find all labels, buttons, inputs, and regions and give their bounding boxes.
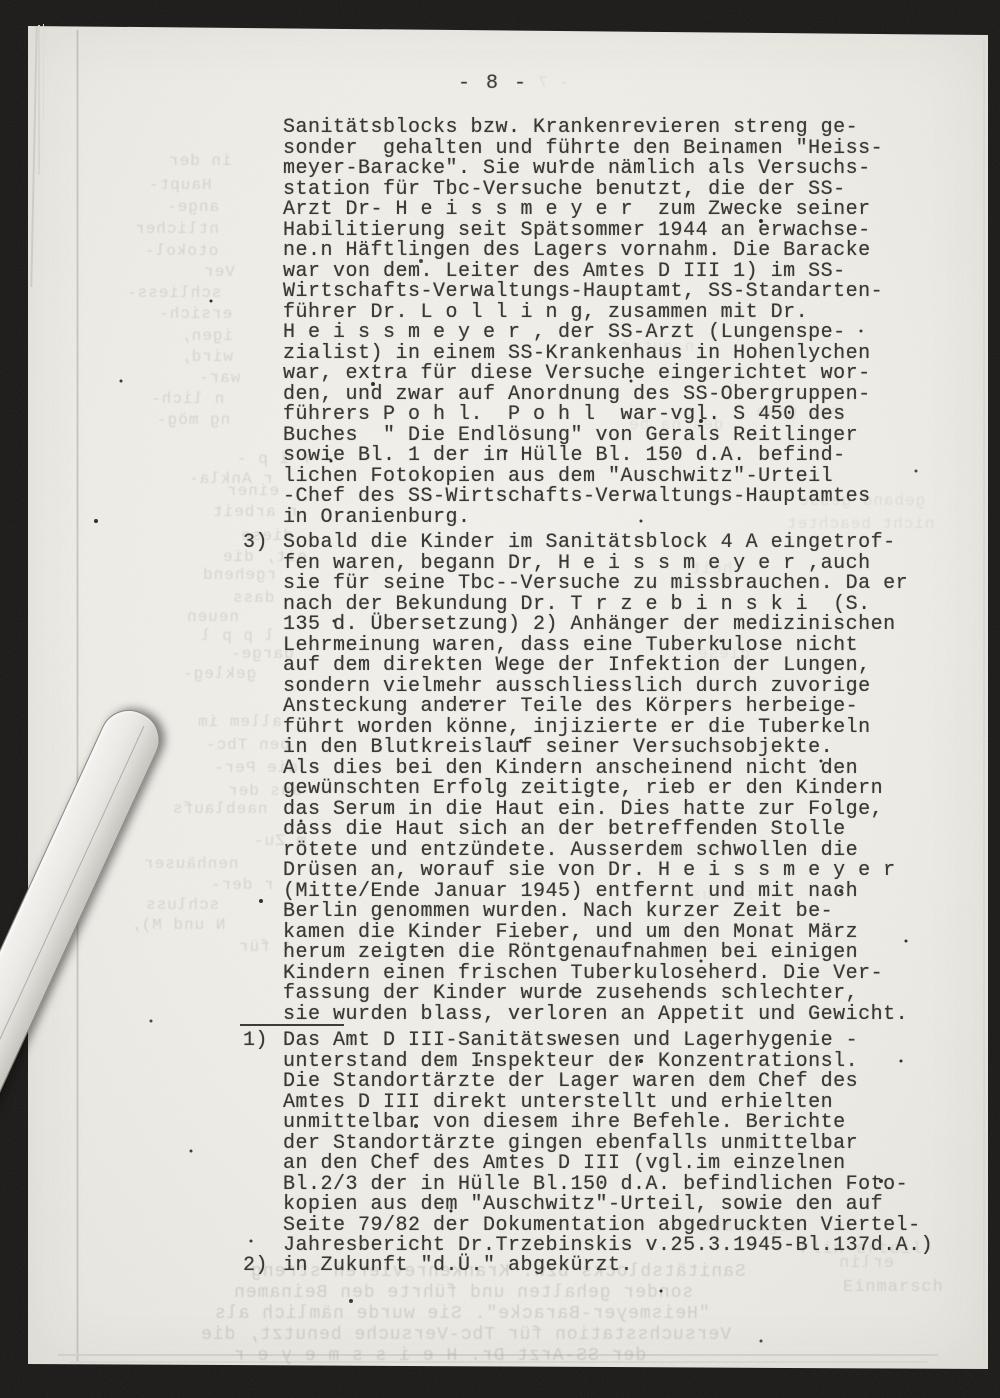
text-line: unmittelbar von diesem ihre Befehle. Ber… — [283, 1113, 933, 1134]
text-line: Buches " Die Endlösung" von Gerals Reitl… — [283, 426, 883, 447]
text-line: sie wurden blass, verloren an Appetit un… — [283, 1005, 908, 1026]
text-line: Drüsen an, worauf sie von Dr. H e i s s … — [283, 861, 908, 882]
paragraph-continuation: Sanitätsblocks bzw. Krankenrevieren stre… — [283, 118, 883, 528]
text-line: nach der Bekundung Dr. T r z e b i n s k… — [283, 595, 908, 616]
text-line: lichen Fotokopien aus dem "Auschwitz"-Ur… — [283, 467, 883, 488]
text-line: kamen die Kinder Fieber, und um den Mona… — [283, 923, 908, 944]
text-line: der Standortärzte gingen ebenfalls unmit… — [283, 1134, 933, 1155]
text-line: sie für seine Tbc--Versuche zu missbrauc… — [283, 574, 908, 595]
text-line: Seite 79/82 der Dokumentation abgedruckt… — [283, 1216, 933, 1237]
text-line: Sanitätsblocks bzw. Krankenrevieren stre… — [283, 118, 883, 139]
text-line: in Oranienburg. — [283, 508, 883, 529]
page-number: - 8 - — [458, 72, 528, 95]
text-line: sowie Bl. 1 der in Hülle Bl. 150 d.A. be… — [283, 446, 883, 467]
text-line: führers P o h l. P o h l war-vgl. S 450 … — [283, 405, 883, 426]
text-line: station für Tbc-Versuche benutzt, die de… — [283, 180, 883, 201]
text-line: ne.n Häftlingen des Lagers vornahm. Die … — [283, 241, 883, 262]
text-line: Das Amt D III-Sanitätswesen und Lagerhyg… — [283, 1031, 933, 1052]
text-line: herum zeigten die Röntgenaufnahmen bei e… — [283, 943, 908, 964]
text-line: Berlin genommen wurden. Nach kurzer Zeit… — [283, 902, 908, 923]
text-line: fassung der Kinder wurde zusehends schle… — [283, 984, 908, 1005]
text-line: Bl.2/3 der in Hülle Bl.150 d.A. befindli… — [283, 1175, 933, 1196]
text-line: sondern vielmehr ausschliesslich durch z… — [283, 677, 908, 698]
text-line: zialist) in einem SS-Krankenhaus in Hohe… — [283, 344, 883, 365]
text-line: meyer-Baracke". Sie wurde nämlich als Ve… — [283, 159, 883, 180]
footnote-1-marker: 1) — [243, 1031, 268, 1052]
text-line: war, extra für diese Versuche eingericht… — [283, 364, 883, 385]
text-line: Die Standortärzte der Lager waren dem Ch… — [283, 1072, 933, 1093]
text-line: in Zukunft "d.Ü." abgekürzt. — [283, 1256, 633, 1277]
scanned-document-photo: { "colors":{"background":"#181715","pape… — [0, 0, 1000, 1398]
text-line: führer Dr. L o l l i n g, zusammen mit D… — [283, 303, 883, 324]
text-line: -Chef des SS-Wirtschafts-Verwaltungs-Hau… — [283, 487, 883, 508]
text-line: Ansteckung anderer Teile des Körpers her… — [283, 697, 908, 718]
text-line: rötete und entzündete. Ausserdem schwoll… — [283, 841, 908, 862]
text-line: unterstand dem Inspekteur der Konzentrat… — [283, 1052, 933, 1073]
text-line: (Mitte/Ende Januar 1945) entfernt und mi… — [283, 882, 908, 903]
text-line: in den Blutkreislauf seiner Versuchsobje… — [283, 738, 908, 759]
footnote-separator — [240, 1024, 344, 1026]
text-line: H e i s s m e y e r , der SS-Arzt (Lunge… — [283, 323, 883, 344]
footnote-1: Das Amt D III-Sanitätswesen und Lagerhyg… — [283, 1031, 933, 1257]
text-line: Sobald die Kinder im Sanitätsblock 4 A e… — [283, 533, 908, 554]
text-line: Kindern einen frischen Tuberkuloseherd. … — [283, 964, 908, 985]
text-line: fen waren, begann Dr, H e i s s m e y e … — [283, 554, 908, 575]
paragraph-3: Sobald die Kinder im Sanitätsblock 4 A e… — [283, 533, 908, 1025]
text-line: Arzt Dr- H e i s s m e y e r zum Zwecke … — [283, 200, 883, 221]
text-line: Lehrmeinung waren, dass eine Tuberkulose… — [283, 636, 908, 657]
paragraph-3-marker: 3) — [243, 533, 268, 554]
footnote-2-marker: 2) — [243, 1256, 268, 1277]
text-line: Als dies bei den Kindern anscheinend nic… — [283, 759, 908, 780]
text-line: gewünschten Erfolg zeitigte, rieb er den… — [283, 779, 908, 800]
text-line: an den Chef des Amtes D III (vgl.im einz… — [283, 1154, 933, 1175]
footnote-2: in Zukunft "d.Ü." abgekürzt. — [283, 1256, 633, 1277]
text-line: das Serum in die Haut ein. Dies hatte zu… — [283, 800, 908, 821]
text-line: kopien aus dem "Auschwitz"-Urteil, sowie… — [283, 1195, 933, 1216]
text-line: Habilitierung seit Spätsommer 1944 an er… — [283, 221, 883, 242]
text-line: Amtes D III direkt unterstellt und erhie… — [283, 1093, 933, 1114]
text-line: auf dem direkten Wege der Infektion der … — [283, 656, 908, 677]
text-line: sonder gehalten und führte den Beinamen … — [283, 139, 883, 160]
typewritten-text: - 8 - Sanitätsblocks bzw. Krankenreviere… — [0, 0, 1000, 1398]
text-line: 135 d. Übersetzung) 2) Anhänger der medi… — [283, 615, 908, 636]
text-line: den, und zwar auf Anordnung des SS-Oberg… — [283, 385, 883, 406]
text-line: dass die Haut sich an der betreffenden S… — [283, 820, 908, 841]
text-line: Wirtschafts-Verwaltungs-Hauptamt, SS-Sta… — [283, 282, 883, 303]
text-line: war von dem. Leiter des Amtes D III 1) i… — [283, 262, 883, 283]
text-line: führt worden könne, injizierte er die Tu… — [283, 718, 908, 739]
